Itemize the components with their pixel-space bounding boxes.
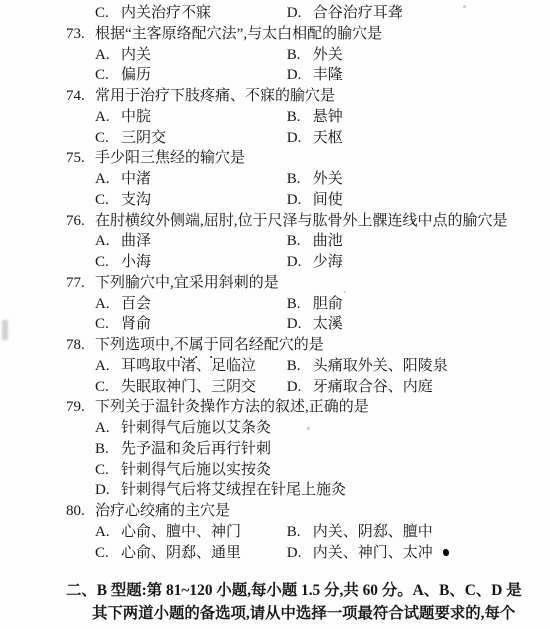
section-b-header-line1: 二、B 型题:第 81~120 小题,每小题 1.5 分,共 60 分。A、B、…: [0, 580, 550, 602]
option-b: B.曲池: [287, 233, 343, 249]
option-label: C.: [95, 460, 121, 481]
option-text: 三阴交: [121, 130, 166, 146]
question-77-options-row-cd: C.肾俞 D.太溪: [0, 314, 550, 335]
question-78-stem: 78.下列选项中,不属于同名经配穴的是: [0, 335, 550, 356]
question-text-emphasized: 不属于: [174, 337, 219, 353]
option-a: A.中渚: [95, 169, 283, 190]
option-text: 先予温和灸后再行针刺: [121, 441, 271, 457]
option-label: B.: [287, 356, 313, 377]
question-number: 79.: [66, 397, 95, 418]
option-a: A.心俞、膻中、神门: [95, 522, 283, 543]
question-text-post: 同名经配穴的是: [219, 337, 324, 353]
option-label: B.: [287, 107, 313, 128]
scan-speck: [307, 427, 310, 430]
question-76-stem: 76.在肘横纹外侧端,屈肘,位于尺泽与肱骨外上髁连线中点的腧穴是: [0, 211, 550, 232]
option-a: A.曲泽: [95, 231, 283, 252]
option-label: A.: [95, 231, 121, 252]
option-c: C.三阴交: [95, 128, 283, 149]
margin-smudge-artifact: [2, 320, 8, 340]
option-label: C.: [95, 128, 121, 149]
option-a: A.百会: [95, 294, 283, 315]
option-text: 耳鸣取中渚、足临泣: [121, 358, 256, 374]
question-78-options-row-ab: A.耳鸣取中渚、足临泣 B.头痛取外关、阳陵泉: [0, 356, 550, 377]
question-75-stem: 75.手少阳三焦经的输穴是: [0, 148, 550, 169]
option-c: C.肾俞: [95, 314, 283, 335]
option-text: 针刺得气后施以艾条灸: [121, 420, 271, 436]
question-74-stem: 74.常用于治疗下肢疼痛、不寐的腧穴是: [0, 86, 550, 107]
option-label: B.: [287, 231, 313, 252]
option-text: 悬钟: [313, 109, 343, 125]
question-79-option-b: B.先予温和灸后再行针刺: [0, 439, 550, 460]
question-80-options-row-cd: C.心俞、阴郄、通里 D.内关、神门、太冲: [0, 543, 550, 564]
option-text: 心俞、膻中、神门: [121, 524, 241, 540]
option-d: D.牙痛取合谷、内庭: [287, 379, 433, 395]
option-text: 间使: [313, 192, 343, 208]
option-text: 针刺得气后将艾绒捏在针尾上施灸: [121, 482, 346, 498]
option-text: 支沟: [121, 192, 151, 208]
option-label: A.: [95, 169, 121, 190]
option-label: C.: [95, 314, 121, 335]
option-label: C.: [95, 377, 121, 398]
option-c: C.偏历: [95, 65, 283, 86]
question-79-stem: 79.下列关于温针灸操作方法的叙述,正确的是: [0, 397, 550, 418]
option-label: A.: [95, 418, 121, 439]
option-text: 曲池: [313, 233, 343, 249]
question-75-options-row-cd: C.支沟 D.间使: [0, 190, 550, 211]
question-77-options-row-ab: A.百会 B.胆俞: [0, 294, 550, 315]
scan-speck: [463, 5, 466, 8]
option-label: B.: [95, 439, 121, 460]
section-b-header-line2: 其下两道小题的备选项,请从中选择一项最符合试题要求的,每个: [0, 603, 550, 625]
question-75-options-row-ab: A.中渚 B.外关: [0, 169, 550, 190]
question-text-pre: 下列选项中,: [95, 337, 174, 353]
option-label: D.: [287, 314, 313, 335]
option-b: B.外关: [287, 171, 343, 187]
question-77-stem: 77.下列腧穴中,宜采用斜刺的是: [0, 273, 550, 294]
option-label: D.: [287, 377, 313, 398]
option-label: C.: [95, 190, 121, 211]
question-79-option-a: A.针刺得气后施以艾条灸: [0, 418, 550, 439]
option-a: A.中脘: [95, 107, 283, 128]
option-d: D.内关、神门、太冲: [287, 545, 433, 561]
option-label: D.: [287, 190, 313, 211]
option-text: 针刺得气后施以实按灸: [121, 462, 271, 478]
option-label: B.: [287, 294, 313, 315]
option-text: 丰隆: [313, 67, 343, 83]
option-label: D.: [287, 65, 313, 86]
option-label: D.: [95, 480, 121, 501]
question-text: 常用于治疗下肢疼痛、不寐的腧穴是: [95, 88, 335, 104]
option-b: B.胆俞: [287, 296, 343, 312]
question-76-options-row-cd: C.小海 D.少海: [0, 252, 550, 273]
option-text: 失眠取神门、三阴交: [121, 379, 256, 395]
option-label: C.: [95, 252, 121, 273]
option-a: A.耳鸣取中渚、足临泣: [95, 356, 283, 377]
question-text: 治疗心绞痛的主穴是: [95, 503, 230, 519]
question-73-options-row-cd: C.偏历 D.丰隆: [0, 65, 550, 86]
option-d: D.丰隆: [287, 67, 343, 83]
question-text: 根据“主客原络配穴法”,与太白相配的腧穴是: [95, 26, 382, 42]
option-label: A.: [95, 356, 121, 377]
option-label: D.: [287, 252, 313, 273]
question-73-options-row-ab: A.内关 B.外关: [0, 45, 550, 66]
option-label: D.: [287, 3, 313, 24]
question-79-option-c: C.针刺得气后施以实按灸: [0, 460, 550, 481]
question-80-stem: 80.治疗心绞痛的主穴是: [0, 501, 550, 522]
question-73-stem: 73.根据“主客原络配穴法”,与太白相配的腧穴是: [0, 24, 550, 45]
option-text: 太溪: [313, 316, 343, 332]
option-label: A.: [95, 107, 121, 128]
option-d: D.太溪: [287, 316, 343, 332]
option-text: 曲泽: [121, 233, 151, 249]
option-d: D.合谷治疗耳聋: [287, 5, 403, 21]
option-c: C.心俞、阴郄、通里: [95, 543, 283, 564]
question-text: 手少阳三焦经的输穴是: [95, 150, 245, 166]
option-label: B.: [287, 522, 313, 543]
question-text: 下列腧穴中,宜采用斜刺的是: [95, 275, 279, 291]
section-b-header: 二、B 型题:第 81~120 小题,每小题 1.5 分,共 60 分。A、B、…: [0, 580, 550, 625]
option-text: 内关、神门、太冲: [313, 545, 433, 561]
option-text: 内关治疗不寐: [121, 5, 211, 21]
option-c: C.支沟: [95, 190, 283, 211]
question-number: 80.: [66, 501, 95, 522]
question-80-options-row-ab: A.心俞、膻中、神门 B.内关、阴郄、膻中: [0, 522, 550, 543]
option-a: A.内关: [95, 45, 283, 66]
question-number: 76.: [66, 211, 95, 232]
option-text: 天枢: [313, 130, 343, 146]
option-label: A.: [95, 294, 121, 315]
option-c: C.失眠取神门、三阴交: [95, 377, 283, 398]
question-number: 74.: [66, 86, 95, 107]
option-text: 心俞、阴郄、通里: [121, 545, 241, 561]
question-76-options-row-ab: A.曲泽 B.曲池: [0, 231, 550, 252]
question-text: 下列关于温针灸操作方法的叙述,正确的是: [95, 399, 369, 415]
option-text: 中渚: [121, 171, 151, 187]
option-d: D.天枢: [287, 130, 343, 146]
ink-spot-artifact: [443, 549, 449, 556]
question-number: 78.: [66, 335, 95, 356]
option-text: 头痛取外关、阳陵泉: [313, 358, 448, 374]
option-text: 合谷治疗耳聋: [313, 5, 403, 21]
option-label: B.: [287, 45, 313, 66]
scan-speck: [344, 291, 346, 293]
option-c: C.小海: [95, 252, 283, 273]
option-text: 少海: [313, 254, 343, 270]
option-label: C.: [95, 543, 121, 564]
question-74-options-row-ab: A.中脘 B.悬钟: [0, 107, 550, 128]
option-text: 小海: [121, 254, 151, 270]
option-text: 胆俞: [313, 296, 343, 312]
option-c: C.内关治疗不寐: [95, 3, 283, 24]
option-text: 牙痛取合谷、内庭: [313, 379, 433, 395]
option-text: 内关: [121, 47, 151, 63]
option-label: D.: [287, 543, 313, 564]
option-text: 外关: [313, 47, 343, 63]
option-b: B.头痛取外关、阳陵泉: [287, 358, 448, 374]
option-text: 偏历: [121, 67, 151, 83]
question-number: 73.: [66, 24, 95, 45]
option-d: D.少海: [287, 254, 343, 270]
option-label: A.: [95, 522, 121, 543]
option-text: 肾俞: [121, 316, 151, 332]
option-b: B.外关: [287, 47, 343, 63]
option-label: A.: [95, 45, 121, 66]
option-text: 外关: [313, 171, 343, 187]
option-b: B.悬钟: [287, 109, 343, 125]
option-label: B.: [287, 169, 313, 190]
question-text: 在肘横纹外侧端,屈肘,位于尺泽与肱骨外上髁连线中点的腧穴是: [95, 213, 508, 229]
exam-page: C.内关治疗不寐 D.合谷治疗耳聋 73.根据“主客原络配穴法”,与太白相配的腧…: [0, 3, 550, 625]
option-label: C.: [95, 3, 121, 24]
option-d: D.间使: [287, 192, 343, 208]
question-72-options-row-cd: C.内关治疗不寐 D.合谷治疗耳聋: [0, 3, 550, 24]
option-label: C.: [95, 65, 121, 86]
question-74-options-row-cd: C.三阴交 D.天枢: [0, 128, 550, 149]
option-text: 中脘: [121, 109, 151, 125]
option-text: 百会: [121, 296, 151, 312]
option-text: 内关、阴郄、膻中: [313, 524, 433, 540]
question-number: 77.: [66, 273, 95, 294]
question-79-option-d: D.针刺得气后将艾绒捏在针尾上施灸: [0, 480, 550, 501]
option-b: B.内关、阴郄、膻中: [287, 524, 433, 540]
question-78-options-row-cd: C.失眠取神门、三阴交 D.牙痛取合谷、内庭: [0, 377, 550, 398]
question-number: 75.: [66, 148, 95, 169]
option-label: D.: [287, 128, 313, 149]
